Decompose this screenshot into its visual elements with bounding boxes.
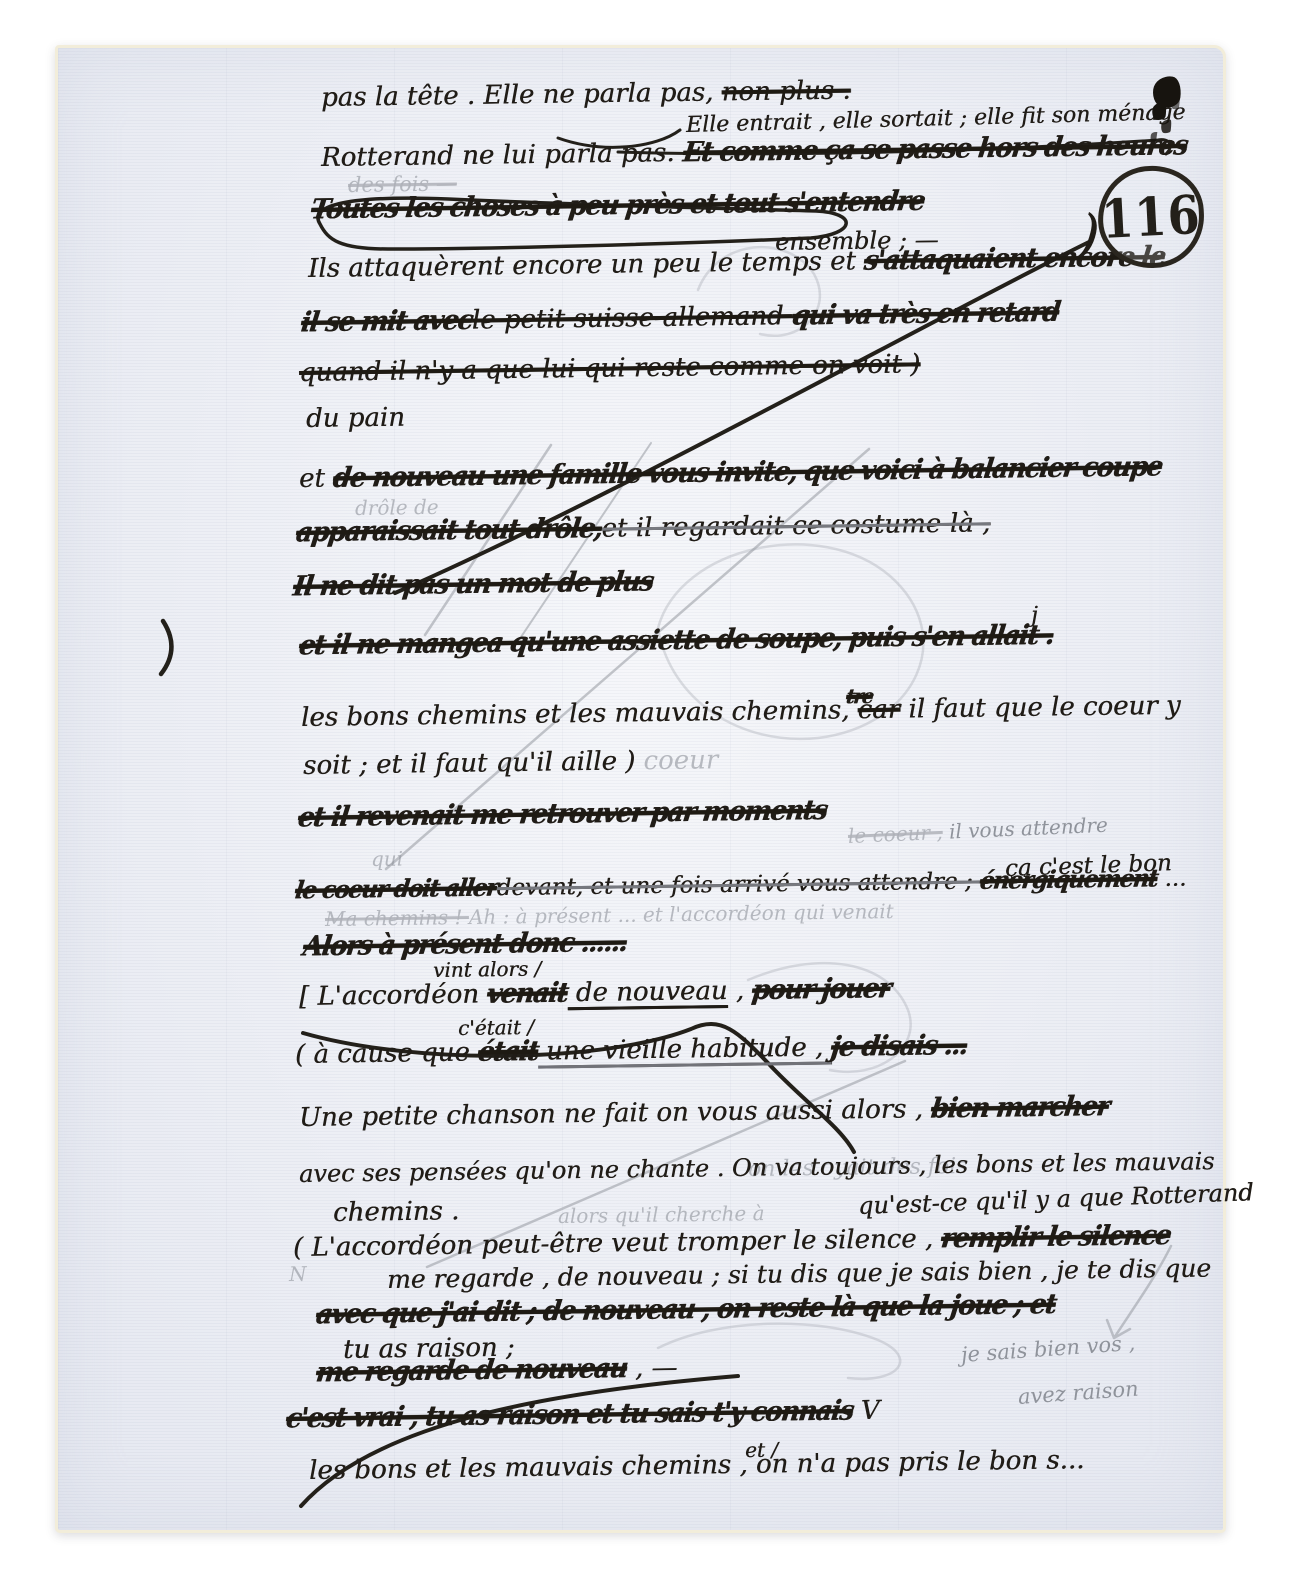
text-run: Ah : à présent ... — [469, 903, 643, 929]
manuscript-line: avec ses pensées qu'on ne chante . On va… — [299, 1149, 1215, 1187]
manuscript-line: Une petite chanson ne fait on vous aussi… — [299, 1094, 1109, 1133]
manuscript-line: me regarde de nouveau , — — [316, 1355, 678, 1387]
manuscript-line: le coeur doit aller devant, et une fois … — [295, 867, 1187, 904]
manuscript-line: chemins . — [333, 1198, 460, 1227]
manuscript-line: soit ; et il faut qu'il aille ) coeur — [303, 747, 719, 780]
manuscript-line: Ils attaquèrent encore un peu le temps e… — [308, 244, 1165, 283]
text-run: il vous attendre — [942, 813, 1108, 844]
text-run: Rotterand ne lui parla pas. — [321, 138, 683, 173]
text-run: N — [289, 1262, 307, 1286]
text-run: de nouveau une famille vous invite, que … — [331, 453, 1163, 494]
text-run: Et comme ça se passe hors des heures — [681, 132, 1188, 168]
text-run: Ils attaquèrent encore un peu le temps e… — [308, 246, 865, 284]
text-run: on n'a pas pris le bon s... — [756, 1445, 1085, 1480]
manuscript-line: et de nouveau une famille vous invite, q… — [299, 454, 1162, 493]
text-run: du pain — [306, 403, 405, 434]
manuscript-line: il se mit avec le petit suisse-allemand … — [301, 299, 1059, 337]
manuscript-line: le coeur , il vous attendre — [848, 815, 1109, 847]
manuscript-page: pas la tête . Elle ne parla pas, non plu… — [55, 45, 1226, 1533]
handwriting-layer: pas la tête . Elle ne parla pas, non plu… — [58, 48, 1223, 1530]
text-run: avec que j'ai dit ; de nouveau , on rest… — [314, 1291, 1057, 1330]
text-run: , — [727, 976, 752, 1006]
manuscript-line: Il ne dit pas un mot de plus — [293, 569, 653, 601]
manuscript-line: me regarde , de nouveau ; si tu dis que … — [387, 1255, 1211, 1293]
photographed-manuscript: { "page": { "number": "116", "colors": {… — [0, 0, 1290, 1590]
manuscript-line: N — [289, 1264, 307, 1285]
text-run: quand il n'y a que lui qui reste comme o… — [299, 349, 921, 388]
manuscript-line: alors qu'il cherche à — [558, 1203, 765, 1227]
text-run: alors qu'il cherche à — [558, 1201, 765, 1228]
text-run: ( L'accordéon peut-être veut tromper le … — [293, 1224, 942, 1263]
text-run: car — [857, 695, 900, 726]
text-run: une vieille habitude , — [538, 1033, 832, 1067]
text-run: ( à cause que — [295, 1037, 478, 1070]
text-run: me regarde de nouveau — [314, 1355, 628, 1388]
text-run: bien marcher — [929, 1093, 1110, 1124]
manuscript-line: avez raison — [1017, 1378, 1139, 1408]
manuscript-line: Ma chemins ! Ah : à présent ... et l'acc… — [325, 901, 894, 930]
text-run: , — — [626, 1353, 677, 1384]
text-run: énergiquement — [978, 866, 1158, 894]
manuscript-line: c'est vrai , tu as raison et tu sais t'y… — [286, 1398, 880, 1434]
text-run: chemins . — [333, 1196, 460, 1228]
manuscript-line: [ L'accordéon venait de nouveau , pour j… — [299, 976, 891, 1012]
text-run: remplir le silence — [940, 1222, 1173, 1254]
manuscript-line: du pain — [306, 405, 405, 434]
manuscript-line: apparaissait tout drôle, et il regardait… — [296, 510, 991, 547]
text-run: V — [852, 1396, 879, 1426]
text-run: apparaissait tout drôle, — [294, 515, 603, 548]
text-run: pas la tête . Elle ne parla pas, — [321, 77, 722, 113]
manuscript-line: je sais bien vos , — [960, 1332, 1136, 1366]
text-run: avez raison — [1017, 1377, 1139, 1409]
text-run: les bons chemins et les mauvais chemins, — [301, 695, 858, 733]
manuscript-line: et il revenait me retrouver par moments — [298, 798, 827, 833]
manuscript-line: pas la tête . Elle ne parla pas, non plu… — [321, 78, 851, 113]
text-run: je disais ... — [830, 1032, 969, 1063]
text-run: c'est vrai , tu as raison et tu sais t'y… — [284, 1397, 854, 1434]
manuscript-line: les bons chemins et les mauvais chemins,… — [301, 693, 1181, 733]
manuscript-line: Toutes les choses à peu près et tout s'e… — [311, 188, 924, 224]
text-run: et il ne mangea qu'une assiette de soupe… — [297, 622, 1055, 662]
manuscript-line: avec que j'ai dit ; de nouveau , on rest… — [316, 1292, 1056, 1330]
manuscript-line: quand il n'y a que lui qui reste comme o… — [299, 351, 921, 387]
text-run: soit ; et il faut qu'il aille ) — [303, 746, 644, 781]
manuscript-line: ( à cause que était une vieille habitude… — [295, 1033, 968, 1070]
text-run: qui va très en retard — [790, 299, 1061, 332]
text-run: il faut que le coeur y — [900, 691, 1181, 725]
text-run: le coeur doit aller — [293, 875, 498, 903]
text-run: [ L'accordéon — [299, 979, 488, 1012]
text-run: était — [476, 1038, 539, 1068]
text-run: Toutes les choses à peu près et tout s'e… — [309, 188, 926, 226]
text-run: Ma chemins ! — [325, 905, 469, 931]
text-run: de nouveau — [567, 976, 727, 1008]
manuscript-line: qu'est-ce qu'il y a que Rotterand — [858, 1180, 1254, 1219]
text-run: et il revenait me retrouver par moments — [296, 797, 828, 833]
text-run: et l'accordéon qui venait — [643, 899, 894, 926]
text-run: qu'est-ce qu'il y a que Rotterand — [857, 1178, 1254, 1220]
manuscript-line: et il ne mangea qu'une assiette de soupe… — [299, 622, 1053, 660]
text-run: les bons et les mauvais chemins , — [309, 1450, 756, 1486]
text-run: le coeur , — [847, 820, 943, 848]
text-run: Une petite chanson ne fait on vous aussi… — [299, 1094, 932, 1133]
text-run: je sais bien vos , — [960, 1331, 1136, 1367]
text-run: et — [299, 464, 334, 494]
text-run: il se mit avec — [299, 307, 473, 338]
manuscript-line: Alors à présent donc ...... — [303, 929, 627, 961]
text-run: le petit suisse-allemand — [472, 301, 792, 335]
manuscript-line: les bons et les mauvais chemins , on n'a… — [309, 1447, 1085, 1485]
text-run: non plus . — [721, 76, 850, 108]
page-number: 116 — [1100, 183, 1202, 250]
manuscript-line: Rotterand ne lui parla pas. Et comme ça … — [321, 133, 1187, 172]
text-run: ... — [1157, 866, 1187, 892]
text-run: devant, et une fois arrivé vous attendre… — [496, 868, 980, 901]
manuscript-line: qui — [371, 849, 403, 870]
text-run: qui — [371, 847, 403, 871]
text-run: venait — [485, 979, 569, 1009]
text-run: pour jouer — [750, 975, 892, 1006]
text-run: coeur — [643, 745, 718, 776]
text-run: Il ne dit pas un mot de plus — [291, 568, 654, 602]
text-run: et il regardait ce costume-là , — [601, 508, 990, 543]
